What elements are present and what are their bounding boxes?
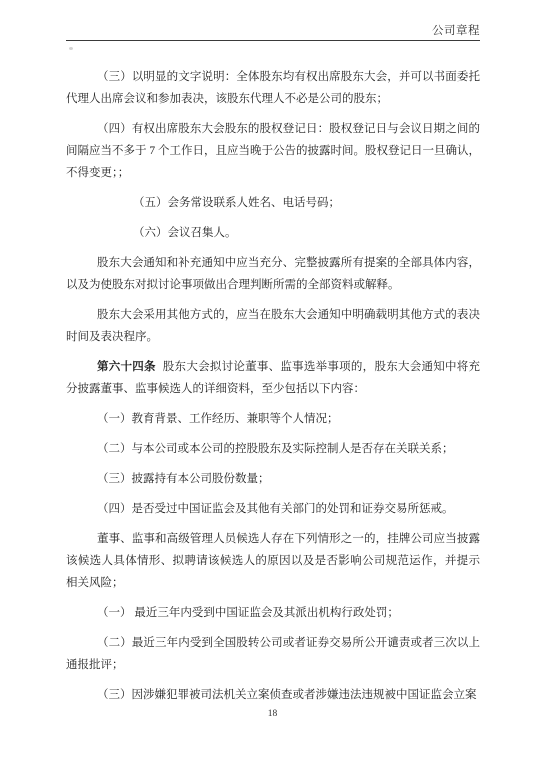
paragraph: 股东大会采用其他方式的，应当在股东大会通知中明确载明其他方式的表决时间及表决程序… (66, 304, 480, 348)
document-body: （三）以明显的文字说明：全体股东均有权出席股东大会，并可以书面委托代理人出席会议… (66, 66, 480, 706)
paragraph: （四）有权出席股东大会股东的股权登记日：股权登记日与会议日期之间的间隔应当不多于… (66, 118, 480, 184)
text-line: 以及为使股东对拟讨论事项做出合理判断所需的全部资料或解释。 (66, 274, 480, 296)
page-header-title: 公司章程 (432, 22, 480, 40)
paragraph: （一）教育背景、工作经历、兼职等个人情况； (66, 408, 480, 430)
paragraph: （三）以明显的文字说明：全体股东均有权出席股东大会，并可以书面委托代理人出席会议… (66, 66, 480, 110)
text-line: 分披露董事、监事候选人的详细资料，至少包括以下内容： (66, 378, 480, 400)
paragraph: （三）因涉嫌犯罪被司法机关立案侦查或者涉嫌违法违规被中国证监会立案 (66, 684, 480, 706)
page-header: 公司章程 (66, 0, 480, 41)
text-line: （五）会务常设联系人姓名、电话号码； (66, 192, 480, 214)
text-line: 该候选人具体情形、拟聘请该候选人的原因以及是否影响公司规范运作，并提示 (66, 550, 480, 572)
scan-artifact-dot (69, 47, 73, 50)
document-page: 公司章程 （三）以明显的文字说明：全体股东均有权出席股东大会，并可以书面委托代理… (0, 0, 545, 771)
text-line: 代理人出席会议和参加表决，该股东代理人不必是公司的股东； (66, 88, 480, 110)
text-line: 股东大会通知和补充通知中应当充分、完整披露所有提案的全部具体内容， (66, 252, 480, 274)
text-line: （四）是否受过中国证监会及其他有关部门的处罚和证券交易所惩戒。 (66, 498, 480, 520)
paragraph: （三）披露持有本公司股份数量； (66, 468, 480, 490)
text-line: 时间及表决程序。 (66, 326, 480, 348)
text-line: 通报批评； (66, 654, 480, 676)
article-number: 第六十四条 (97, 361, 156, 373)
text-line: （二）与本公司或本公司的控股股东及实际控制人是否存在关联关系； (66, 438, 480, 460)
text-line: （三）以明显的文字说明：全体股东均有权出席股东大会，并可以书面委托 (66, 66, 480, 88)
text-line: （一）教育背景、工作经历、兼职等个人情况； (66, 408, 480, 430)
text-line: （二）最近三年内受到全国股转公司或者证券交易所公开谴责或者三次以上 (66, 632, 480, 654)
paragraph: 股东大会通知和补充通知中应当充分、完整披露所有提案的全部具体内容，以及为使股东对… (66, 252, 480, 296)
paragraph: （二）与本公司或本公司的控股股东及实际控制人是否存在关联关系； (66, 438, 480, 460)
paragraph: （五）会务常设联系人姓名、电话号码； (66, 192, 480, 214)
text-line: （三）因涉嫌犯罪被司法机关立案侦查或者涉嫌违法违规被中国证监会立案 (66, 684, 480, 706)
page-footer: 18 (0, 709, 545, 719)
paragraph: （六）会议召集人。 (66, 222, 480, 244)
text-line: 股东大会采用其他方式的，应当在股东大会通知中明确载明其他方式的表决 (66, 304, 480, 326)
text-line: 间隔应当不多于 7 个工作日，且应当晚于公告的披露时间。股权登记日一旦确认， (66, 140, 480, 162)
paragraph: （四）是否受过中国证监会及其他有关部门的处罚和证券交易所惩戒。 (66, 498, 480, 520)
text-line: （四）有权出席股东大会股东的股权登记日：股权登记日与会议日期之间的 (66, 118, 480, 140)
text-line: （三）披露持有本公司股份数量； (66, 468, 480, 490)
text-line: （一） 最近三年内受到中国证监会及其派出机构行政处罚； (66, 602, 480, 624)
text-line: （六）会议召集人。 (66, 222, 480, 244)
paragraph: 第六十四条股东大会拟讨论董事、监事选举事项的，股东大会通知中将充分披露董事、监事… (66, 356, 480, 400)
paragraph: 董事、监事和高级管理人员候选人存在下列情形之一的，挂牌公司应当披露该候选人具体情… (66, 528, 480, 594)
text-line: 董事、监事和高级管理人员候选人存在下列情形之一的，挂牌公司应当披露 (66, 528, 480, 550)
page-number: 18 (268, 709, 278, 719)
text-line: 相关风险； (66, 572, 480, 594)
paragraph: （二）最近三年内受到全国股转公司或者证券交易所公开谴责或者三次以上通报批评； (66, 632, 480, 676)
text-line: 第六十四条股东大会拟讨论董事、监事选举事项的，股东大会通知中将充 (66, 356, 480, 378)
paragraph: （一） 最近三年内受到中国证监会及其派出机构行政处罚； (66, 602, 480, 624)
text-line: 不得变更；； (66, 162, 480, 184)
